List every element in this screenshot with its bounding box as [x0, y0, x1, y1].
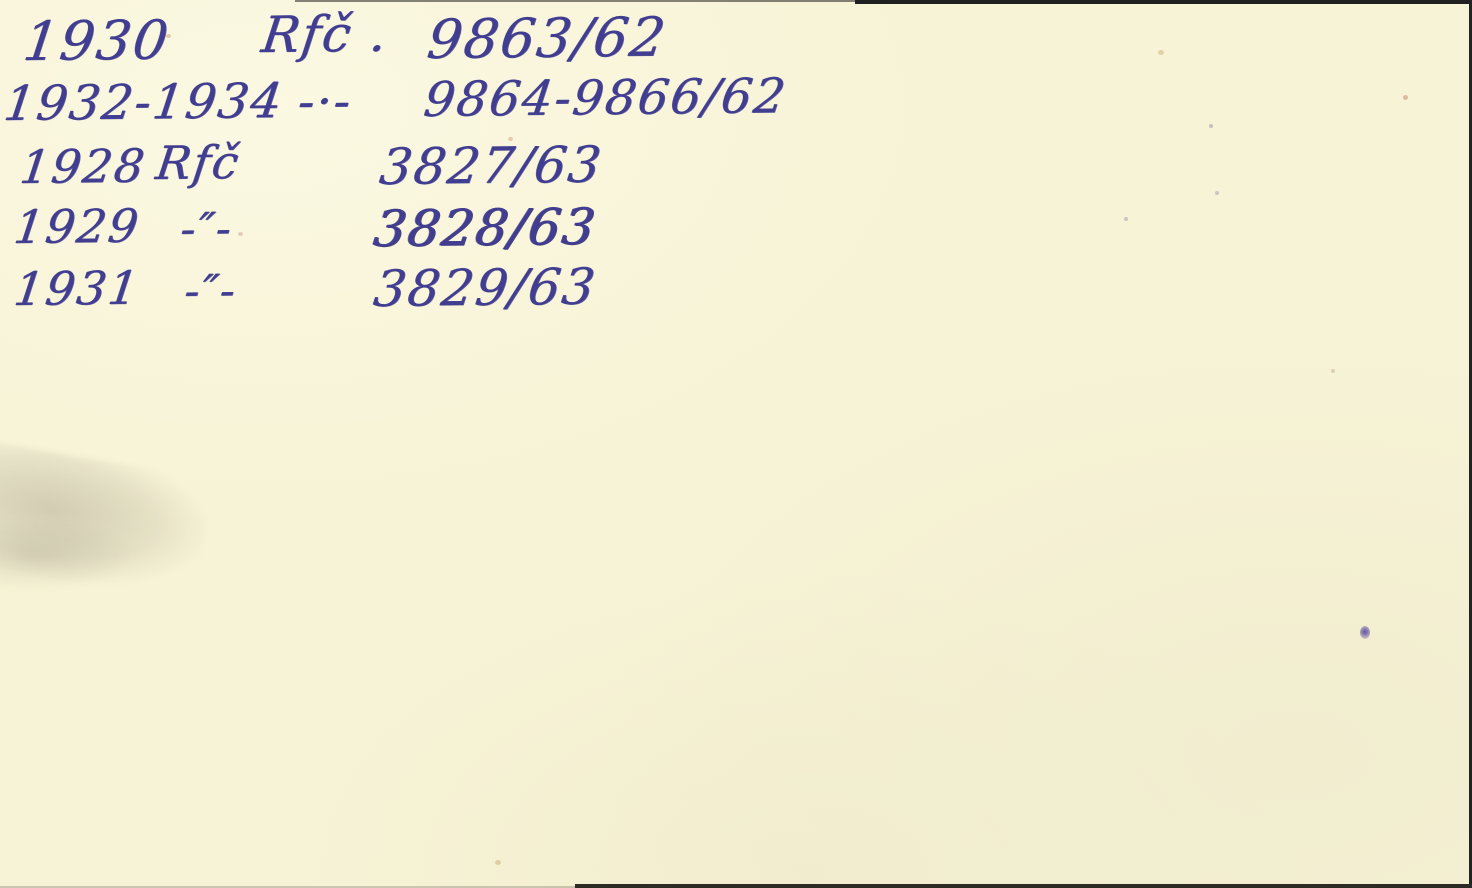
speck — [1331, 369, 1335, 373]
speck — [1403, 95, 1408, 100]
gray-smudge-stain-2 — [0, 520, 135, 590]
purple-ink-blot — [1360, 626, 1370, 639]
ref-abbrev: Rfč . — [258, 5, 392, 64]
catalog-number: 9863/62 — [424, 6, 671, 71]
year-value: 1929 — [11, 199, 143, 254]
speck — [1158, 50, 1164, 55]
catalog-number: 3829/63 — [370, 258, 600, 318]
speck — [495, 860, 501, 865]
catalog-number: 9864-9866/62 — [421, 68, 791, 128]
speck — [166, 34, 171, 38]
speck — [508, 137, 513, 141]
year-value: 1932-1934 — [1, 73, 287, 132]
ditto-mark: -·- — [295, 73, 356, 130]
scanned-card-image: 1930 Rfč . 9863/62 1932-1934 -·- 9864-98… — [0, 0, 1472, 888]
catalog-number: 3827/63 — [376, 136, 606, 196]
index-card-paper: 1930 Rfč . 9863/62 1932-1934 -·- 9864-98… — [0, 0, 1472, 888]
scan-border-bottom — [575, 884, 1472, 888]
year-value: 1928 — [17, 139, 149, 194]
year-value: 1930 — [20, 8, 174, 73]
ditto-mark: -″- — [181, 265, 240, 317]
speck — [238, 232, 243, 236]
scan-border-top-thin — [295, 0, 857, 2]
ditto-mark: -″- — [177, 203, 236, 255]
speck — [1209, 124, 1213, 128]
speck — [1215, 191, 1219, 195]
year-value: 1931 — [11, 261, 143, 316]
speck — [1124, 217, 1128, 221]
ref-abbrev: Rfč — [153, 135, 244, 190]
catalog-number: 3828/63 — [370, 198, 600, 258]
scan-border-top-thick — [855, 0, 1472, 4]
